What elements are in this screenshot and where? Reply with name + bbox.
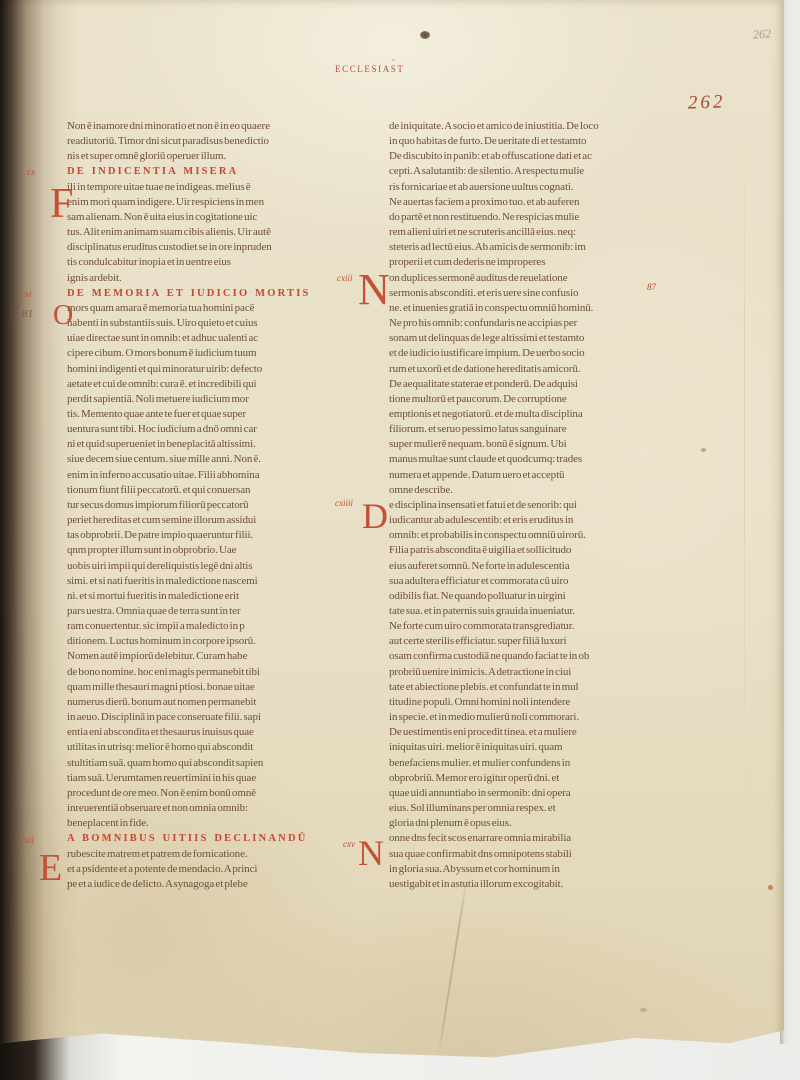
- margin-chapter-number: 87: [647, 282, 656, 292]
- text-line: beneplacent in fide.: [67, 816, 359, 831]
- text-line: sonam ut delinquas de lege altissimi et …: [389, 331, 681, 346]
- text-line: cepti. A salutantib: de silentio. A resp…: [389, 164, 681, 179]
- text-line: quae uidi annuntiabo in sermonib: dni op…: [389, 786, 681, 801]
- text-line: entia eni abscondita et thesaurus inuisu…: [67, 725, 359, 740]
- text-line: sua quae confirmabit dns omnipotens stab…: [389, 847, 681, 862]
- rubric-heading: DE INDICENTIA MISERA: [67, 164, 359, 179]
- text-line: aut certe sterilis efficiatur. super fil…: [389, 634, 681, 649]
- text-line: tas obprobrii. De patre impio quaeruntur…: [67, 528, 359, 543]
- text-line: pars uestra. Omnia quae de terra sunt in…: [67, 604, 359, 619]
- decorated-initial-d: D: [362, 498, 388, 534]
- text-line: pe et a iudice de delicto. A synagoga et…: [67, 877, 359, 892]
- text-line: steteris ad lectū eius. Ab amicis de ser…: [389, 240, 681, 255]
- text-line: numera et appende. Datum uero et acceptū: [389, 468, 681, 483]
- text-line: in quo habitas de furto. De ueritate di …: [389, 134, 681, 149]
- manuscript-scan: { "page": { "running_header": "ECCLESIAS…: [0, 0, 800, 1080]
- text-line: readiutoriū. Timor dni sicut paradisus b…: [67, 134, 359, 149]
- text-line: e disciplina insensati et fatui et de se…: [389, 498, 681, 513]
- text-line: sua adultera efficiatur et commorata cū …: [389, 574, 681, 589]
- text-line: Ne forte cum uiro commorata transgrediat…: [389, 619, 681, 634]
- text-line: titudine populi. Omni homini noli intend…: [389, 695, 681, 710]
- text-column-right: de iniquitate. A socio et amico de inius…: [389, 119, 681, 892]
- decorated-initial-e: E: [39, 849, 62, 887]
- text-line: homini indigenti et qui minoratur uirib:…: [67, 362, 359, 377]
- text-line: omnib: et probabilis in conspectu omniū …: [389, 528, 681, 543]
- text-line: emptionis et negotiatorū. et de multa di…: [389, 407, 681, 422]
- rubric-heading: DE MEMORIA ET IUDICIO MORTIS: [67, 286, 359, 301]
- text-line: habenti in substantiis suis. Uiro quieto…: [67, 316, 359, 331]
- text-line: numerus dierū. bonum aut nomen permanebi…: [67, 695, 359, 710]
- text-line: siue decem siue centum. siue mille anni.…: [67, 452, 359, 467]
- parchment-crease: [438, 873, 469, 1056]
- ink-stain: [768, 885, 773, 890]
- text-line: on duplices sermonē auditus de reuelatio…: [389, 271, 681, 286]
- text-line: rem alieni uiri et ne scruteris ancillā …: [389, 225, 681, 240]
- text-line: sermonis absconditi. et eris uere sine c…: [389, 286, 681, 301]
- text-line: in gloria sua. Abyssum et cor hominum in: [389, 862, 681, 877]
- text-line: procedunt de ore meo. Non ē enim bonū om…: [67, 786, 359, 801]
- text-line: Filia patris abscondita ē uigilia et sol…: [389, 543, 681, 558]
- text-line: Nomen autē impiorū delebitur. Curam habe: [67, 649, 359, 664]
- decorated-initial-n: N: [358, 835, 384, 871]
- decorated-initial-f: F: [50, 183, 73, 225]
- text-line: uiae directae sunt in omnib: et adhuc ua…: [67, 331, 359, 346]
- text-line: inreuerentiā obseruare et non omnia omni…: [67, 801, 359, 816]
- text-line: Ne pro his omnib: confundaris ne accipia…: [389, 316, 681, 331]
- text-line: nis et super omnē gloriū operuer illum.: [67, 149, 359, 164]
- ink-stain: [701, 448, 706, 452]
- text-line: mors quam amara ē memoria tua homini pac…: [67, 301, 359, 316]
- text-line: iniquitas uiri. melior ē iniquitas uiri.…: [389, 740, 681, 755]
- text-line: Ne auertas faciem a proximo tuo. et ab a…: [389, 195, 681, 210]
- text-line: gloria dni plenum ē opus eius.: [389, 816, 681, 831]
- margin-chapter-number: cx: [27, 167, 35, 177]
- text-line: ne. et inuenies gratiā in conspectu omni…: [389, 301, 681, 316]
- text-line: qnm propter illum sunt in obprobrio. Uae: [67, 543, 359, 558]
- text-line: stultitiam suā. quam homo qui abscondit …: [67, 756, 359, 771]
- margin-chapter-number: cxv: [343, 839, 355, 849]
- text-line: de bono nomine. hoc eni magis permanebit…: [67, 665, 359, 680]
- text-line: tiam suā. Uerumtamen reuertimini in his …: [67, 771, 359, 786]
- text-line: perdit sapientiā. Noli metuere iudicium …: [67, 392, 359, 407]
- text-line: enim mori quam indigere. Uir respiciens …: [67, 195, 359, 210]
- text-line: uestigabit et in astutia illorum excogit…: [389, 877, 681, 892]
- margin-chapter-number: cxi: [21, 289, 32, 299]
- text-line: tate sua. et in paternis suis grauida in…: [389, 604, 681, 619]
- text-line: tis condulcabitur inopia et in uentre ei…: [67, 255, 359, 270]
- text-line: do partē et non restituendo. Ne respicia…: [389, 210, 681, 225]
- parchment-page: ECCLESIAST ˜ 262 262 Non ē inamore dni m…: [0, 0, 784, 1080]
- text-line: simi. et si nati fueritis in malediction…: [67, 574, 359, 589]
- text-line: ni. et si mortui fueritis in malediction…: [67, 589, 359, 604]
- folio-number-ink: 262: [688, 91, 726, 114]
- text-line: super mulierē nequam. bonū ē signum. Ubi: [389, 437, 681, 452]
- text-line: in specie. et in medio mulierū noli comm…: [389, 710, 681, 725]
- parchment-crease: [744, 120, 745, 820]
- text-line: properii et cum dederis ne improperes: [389, 255, 681, 270]
- margin-chapter-number: cxiii: [337, 273, 353, 283]
- text-line: filiorum. et seruo pessimo latus sanguin…: [389, 422, 681, 437]
- text-line: sam alienam. Non ē uita eius in cogitati…: [67, 210, 359, 225]
- text-line: De uestimentis eni procedit tinea. et a …: [389, 725, 681, 740]
- text-line: et a psidente et a potente de mendacio. …: [67, 862, 359, 877]
- text-line: De discubito in panib: et ab offuscation…: [389, 149, 681, 164]
- text-line: ignis ardebit.: [67, 271, 359, 286]
- text-line: eius. Sol illuminans per omnia respex. e…: [389, 801, 681, 816]
- text-line: tis. Memento quae ante te fuer et quae s…: [67, 407, 359, 422]
- text-line: onne dns fecit scos enarrare omnia mirab…: [389, 831, 681, 846]
- ink-stain: [420, 31, 430, 39]
- text-line: iudicantur ab adulescentib: et eris erud…: [389, 513, 681, 528]
- text-column-left: Non ē inamore dni minoratio et non ē in …: [67, 119, 359, 892]
- header-abbreviation-mark: ˜: [392, 58, 395, 68]
- text-line: cipere cibum. O mors bonum ē iudicium tu…: [67, 346, 359, 361]
- text-line: ni et quid superueniet in beneplacitā al…: [67, 437, 359, 452]
- text-line: ram conuertentur. sic impii a maledicto …: [67, 619, 359, 634]
- text-line: in aeuo. Disciplinā in pace conseruate f…: [67, 710, 359, 725]
- text-line: disciplinatus eruditus custodiet se in o…: [67, 240, 359, 255]
- text-line: enim in inferno accusatio uitae. Filii a…: [67, 468, 359, 483]
- text-line: uobis uiri impii qui dereliquistis legē …: [67, 559, 359, 574]
- text-line: uentura sunt tibi. Hoc iudicium a dnō om…: [67, 422, 359, 437]
- text-line: tus. Alit enim animam suam cibis alienis…: [67, 225, 359, 240]
- text-line: manus multae sunt claude et quodcumq: tr…: [389, 452, 681, 467]
- text-line: tur secus domus impiorum filiorū peccato…: [67, 498, 359, 513]
- text-line: periet hereditas et cum semine illorum a…: [67, 513, 359, 528]
- ink-stain: [640, 1008, 647, 1012]
- text-line: ris fornicariae et ab auersione uultus c…: [389, 180, 681, 195]
- text-line: De aequalitate staterae et ponderū. De a…: [389, 377, 681, 392]
- text-line: omne describe.: [389, 483, 681, 498]
- decorated-initial-o: O: [53, 302, 73, 330]
- text-line: tionum fiunt filii peccatorū. et qui con…: [67, 483, 359, 498]
- text-line: quam mille thesauri magni ptiosi. bonae …: [67, 680, 359, 695]
- text-line: eius auferet somnū. Ne forte in adulesce…: [389, 559, 681, 574]
- text-line: Non ē inamore dni minoratio et non ē in …: [67, 119, 359, 134]
- text-line: rum et uxorū et de datione hereditatis a…: [389, 362, 681, 377]
- text-line: probriū uenire inimicis. A detractione i…: [389, 665, 681, 680]
- text-line: ili in tempore uitae tuae ne indigeas. m…: [67, 180, 359, 195]
- margin-chapter-number: cxii: [21, 835, 34, 845]
- rubric-heading: A BOMNIBUS UITIIS DECLINANDŪ: [67, 831, 359, 846]
- text-line: odibilis fiat. Ne quando polluatur in ui…: [389, 589, 681, 604]
- margin-chapter-number: cxiiii: [335, 498, 353, 508]
- text-line: tate et abiectione plebis. et confundat …: [389, 680, 681, 695]
- text-line: benefaciens mulier. et mulier confundens…: [389, 756, 681, 771]
- text-line: ditionem. Luctus hominum in corpore ipso…: [67, 634, 359, 649]
- decorated-initial-n: N: [358, 268, 390, 312]
- text-line: rubescite matrem et patrem de fornicatio…: [67, 847, 359, 862]
- text-line: de iniquitate. A socio et amico de inius…: [389, 119, 681, 134]
- text-line: utilitas in utrisq: melior ē homo qui ab…: [67, 740, 359, 755]
- margin-chapter-number: 81: [22, 308, 33, 320]
- text-line: aetate et cui de omnib: cura ē. et incre…: [67, 377, 359, 392]
- text-line: tione multorū et paucorum. De corruption…: [389, 392, 681, 407]
- text-line: obprobriū. Memor ero igitur operū dni. e…: [389, 771, 681, 786]
- text-line: et de iudicio iustificare impium. De uer…: [389, 346, 681, 361]
- folio-number-pencil: 262: [752, 26, 771, 42]
- text-line: osam confirma custodiā ne quando faciat …: [389, 649, 681, 664]
